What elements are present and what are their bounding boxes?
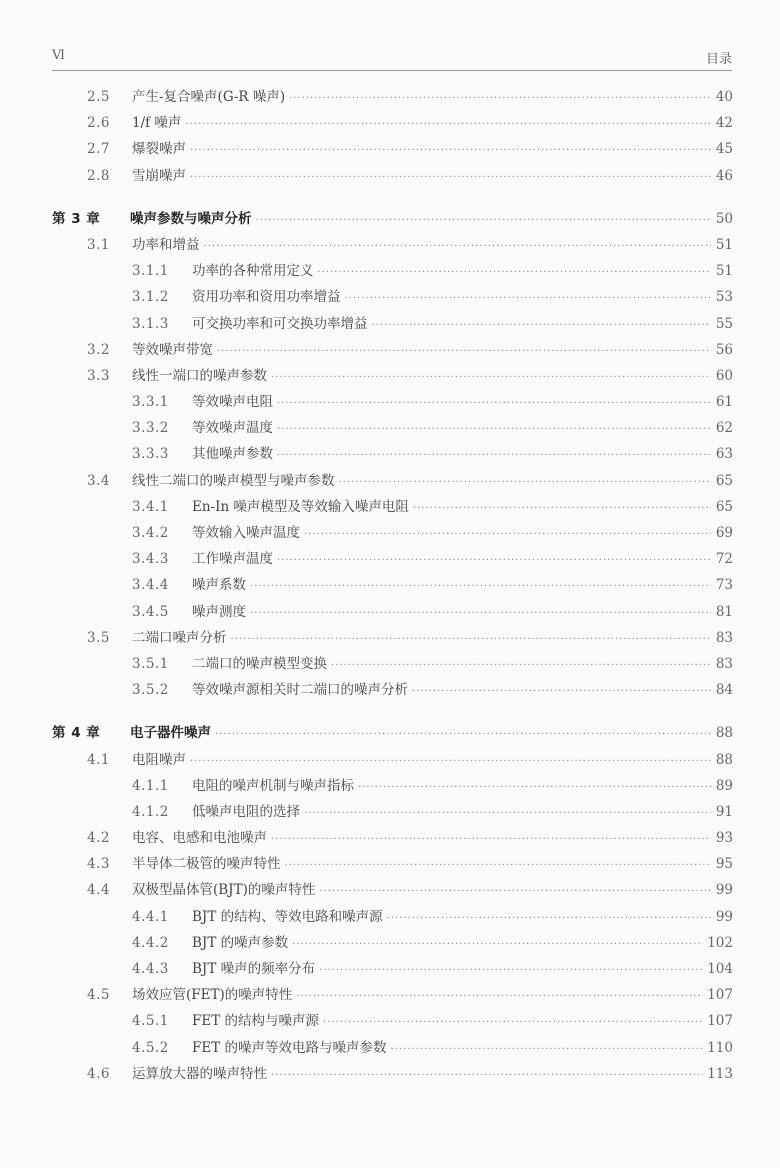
- entry-number: 2.8: [87, 163, 132, 189]
- entry-title: 功率的各种常用定义: [192, 258, 314, 284]
- entry-title: 爆裂噪声: [132, 136, 186, 162]
- entry-title: 等效噪声电阻: [192, 389, 273, 415]
- dot-leader: [285, 853, 712, 879]
- toc-entry[interactable]: 3.4.2等效输入噪声温度69: [52, 520, 733, 546]
- entry-number: 4.4.1: [132, 904, 192, 930]
- dot-leader: [345, 286, 712, 312]
- entry-page: 50: [715, 206, 733, 232]
- toc-entry[interactable]: 2.61/f 噪声42: [52, 110, 733, 136]
- toc-entry[interactable]: 3.1.3可交换功率和可交换功率增益55: [52, 311, 733, 337]
- entry-number: 2.5: [87, 84, 132, 110]
- dot-leader: [296, 984, 703, 1010]
- table-of-contents: 2.5产生-复合噪声(G-R 噪声)40 2.61/f 噪声42 2.7爆裂噪声…: [52, 84, 733, 1087]
- dot-leader: [271, 827, 711, 853]
- entry-title: 等效噪声源相关时二端口的噪声分析: [192, 677, 408, 703]
- entry-title: 1/f 噪声: [132, 110, 181, 136]
- entry-number: 3.1.3: [132, 311, 192, 337]
- dot-leader: [412, 679, 711, 705]
- entry-page: 46: [715, 163, 733, 189]
- entry-title: 功率和增益: [132, 232, 200, 258]
- entry-number: 4.1.2: [132, 799, 192, 825]
- entry-page: 93: [715, 825, 733, 851]
- entry-page: 95: [715, 851, 733, 877]
- entry-number: 3.1: [87, 232, 132, 258]
- entry-page: 61: [715, 389, 733, 415]
- entry-number: 3.3.3: [132, 441, 192, 467]
- chapter-spacer: [52, 703, 733, 720]
- entry-title: 等效输入噪声温度: [192, 520, 300, 546]
- entry-page: 99: [715, 877, 733, 903]
- toc-entry[interactable]: 2.5产生-复合噪声(G-R 噪声)40: [52, 84, 733, 110]
- entry-title: 其他噪声参数: [192, 441, 273, 467]
- dot-leader: [292, 932, 703, 958]
- dot-leader: [319, 879, 711, 905]
- entry-number: 2.7: [87, 136, 132, 162]
- entry-number: 4.4: [87, 877, 132, 903]
- toc-chapter[interactable]: 第 4 章电子器件噪声88: [52, 720, 733, 746]
- toc-entry[interactable]: 4.1.2低噪声电阻的选择91: [52, 799, 733, 825]
- entry-number: 3.1.2: [132, 284, 192, 310]
- toc-entry[interactable]: 3.2等效噪声带宽56: [52, 337, 733, 363]
- dot-leader: [277, 548, 711, 574]
- entry-title: 场效应管(FET)的噪声特性: [132, 982, 292, 1008]
- entry-page: 99: [715, 904, 733, 930]
- dot-leader: [215, 722, 711, 748]
- dot-leader: [413, 496, 711, 522]
- entry-number: 3.4.1: [132, 494, 192, 520]
- dot-leader: [204, 234, 712, 260]
- dot-leader: [277, 417, 711, 443]
- entry-title: 雪崩噪声: [132, 163, 186, 189]
- entry-title: 电阻的噪声机制与噪声指标: [192, 773, 354, 799]
- entry-number: 4.5.2: [132, 1035, 192, 1061]
- toc-entry[interactable]: 3.3.1等效噪声电阻61: [52, 389, 733, 415]
- entry-number: 4.3: [87, 851, 132, 877]
- entry-title: 资用功率和资用功率增益: [192, 284, 341, 310]
- entry-title: 等效噪声带宽: [132, 337, 213, 363]
- entry-page: 107: [707, 1008, 733, 1034]
- toc-entry[interactable]: 2.7爆裂噪声45: [52, 136, 733, 162]
- entry-number: 4.1.1: [132, 773, 192, 799]
- entry-page: 40: [715, 84, 733, 110]
- toc-entry[interactable]: 4.2电容、电感和电池噪声93: [52, 825, 733, 851]
- toc-entry[interactable]: 4.5场效应管(FET)的噪声特性107: [52, 982, 733, 1008]
- toc-entry[interactable]: 3.4.1En-In 噪声模型及等效输入噪声电阻65: [52, 494, 733, 520]
- entry-page: 88: [715, 747, 733, 773]
- entry-title: 等效噪声温度: [192, 415, 273, 441]
- toc-entry[interactable]: 3.3线性一端口的噪声参数60: [52, 363, 733, 389]
- dot-leader: [339, 470, 712, 496]
- entry-page: 63: [715, 441, 733, 467]
- toc-entry[interactable]: 4.4双极型晶体管(BJT)的噪声特性99: [52, 877, 733, 903]
- page-header: Ⅵ 目录: [52, 44, 732, 71]
- entry-number: 3.4: [87, 468, 132, 494]
- entry-page: 69: [715, 520, 733, 546]
- entry-number: 4.5.1: [132, 1008, 192, 1034]
- entry-title: FET 的结构与噪声源: [192, 1008, 319, 1034]
- entry-number: 3.3: [87, 363, 132, 389]
- dot-leader: [304, 522, 711, 548]
- toc-entry[interactable]: 4.5.1FET 的结构与噪声源107: [52, 1008, 733, 1034]
- entry-page: 84: [715, 677, 733, 703]
- toc-entry[interactable]: 4.4.1BJT 的结构、等效电路和噪声源99: [52, 904, 733, 930]
- entry-title: 工作噪声温度: [192, 546, 273, 572]
- entry-title: 双极型晶体管(BJT)的噪声特性: [132, 877, 315, 903]
- dot-leader: [323, 1010, 703, 1036]
- entry-page: 45: [715, 136, 733, 162]
- dot-leader: [190, 749, 711, 775]
- toc-entry[interactable]: 4.1电阻噪声88: [52, 747, 733, 773]
- entry-title: 低噪声电阻的选择: [192, 799, 300, 825]
- entry-number: 4.4.3: [132, 956, 192, 982]
- entry-page: 81: [715, 599, 733, 625]
- dot-leader: [250, 601, 711, 627]
- entry-number: 4.4.2: [132, 930, 192, 956]
- dot-leader: [277, 391, 711, 417]
- toc-entry[interactable]: 3.3.2等效噪声温度62: [52, 415, 733, 441]
- dot-leader: [271, 365, 711, 391]
- entry-title: BJT 的结构、等效电路和噪声源: [192, 904, 383, 930]
- entry-number: 3.5.2: [132, 677, 192, 703]
- dot-leader: [358, 775, 711, 801]
- entry-page: 55: [715, 311, 733, 337]
- dot-leader: [256, 208, 712, 234]
- toc-entry[interactable]: 3.5.2等效噪声源相关时二端口的噪声分析84: [52, 677, 733, 703]
- entry-number: 3.4.2: [132, 520, 192, 546]
- dot-leader: [217, 339, 711, 365]
- toc-entry[interactable]: 3.1.1功率的各种常用定义51: [52, 258, 733, 284]
- entry-title: 电阻噪声: [132, 747, 186, 773]
- toc-chapter[interactable]: 第 3 章噪声参数与噪声分析50: [52, 206, 733, 232]
- entry-number: 4.6: [87, 1061, 132, 1087]
- entry-title: 噪声系数: [192, 572, 246, 598]
- toc-entry[interactable]: 4.3半导体二极管的噪声特性95: [52, 851, 733, 877]
- entry-page: 83: [715, 651, 733, 677]
- entry-title: 可交换功率和可交换功率增益: [192, 311, 368, 337]
- entry-page: 51: [715, 258, 733, 284]
- entry-page: 53: [715, 284, 733, 310]
- entry-page: 89: [715, 773, 733, 799]
- entry-title: BJT 的噪声参数: [192, 930, 288, 956]
- entry-number: 4.1: [87, 747, 132, 773]
- dot-leader: [289, 86, 711, 112]
- entry-number: 3.5: [87, 625, 132, 651]
- entry-number: 3.1.1: [132, 258, 192, 284]
- dot-leader: [190, 138, 711, 164]
- toc-entry[interactable]: 3.4.5噪声测度81: [52, 599, 733, 625]
- toc-entry[interactable]: 3.4.4噪声系数73: [52, 572, 733, 598]
- entry-number: 3.3.2: [132, 415, 192, 441]
- entry-page: 104: [707, 956, 733, 982]
- toc-entry[interactable]: 4.5.2FET 的噪声等效电路与噪声参数110: [52, 1035, 733, 1061]
- dot-leader: [372, 313, 712, 339]
- entry-page: 73: [715, 572, 733, 598]
- entry-page: 88: [715, 720, 733, 746]
- toc-entry[interactable]: 4.4.3BJT 噪声的频率分布104: [52, 956, 733, 982]
- entry-page: 107: [707, 982, 733, 1008]
- chapter-title: 噪声参数与噪声分析: [130, 206, 252, 232]
- entry-page: 51: [715, 232, 733, 258]
- entry-page: 42: [715, 110, 733, 136]
- entry-title: En-In 噪声模型及等效输入噪声电阻: [192, 494, 409, 520]
- toc-entry[interactable]: 3.4.3工作噪声温度72: [52, 546, 733, 572]
- toc-entry[interactable]: 3.5.1二端口的噪声模型变换83: [52, 651, 733, 677]
- entry-number: 3.4.4: [132, 572, 192, 598]
- entry-number: 4.5: [87, 982, 132, 1008]
- entry-title: 半导体二极管的噪声特性: [132, 851, 281, 877]
- dot-leader: [231, 627, 712, 653]
- entry-number: 3.4.5: [132, 599, 192, 625]
- entry-page: 65: [715, 468, 733, 494]
- entry-page: 91: [715, 799, 733, 825]
- entry-title: 电容、电感和电池噪声: [132, 825, 267, 851]
- dot-leader: [318, 260, 712, 286]
- entry-page: 83: [715, 625, 733, 651]
- entry-title: 二端口的噪声模型变换: [192, 651, 327, 677]
- entry-number: 4.2: [87, 825, 132, 851]
- entry-page: 65: [715, 494, 733, 520]
- dot-leader: [250, 574, 711, 600]
- dot-leader: [304, 801, 711, 827]
- entry-title: BJT 噪声的频率分布: [192, 956, 315, 982]
- entry-page: 60: [715, 363, 733, 389]
- dot-leader: [185, 112, 711, 138]
- toc-entry[interactable]: 4.6运算放大器的噪声特性113: [52, 1061, 733, 1087]
- toc-entry[interactable]: 3.1.2资用功率和资用功率增益53: [52, 284, 733, 310]
- toc-entry[interactable]: 3.3.3其他噪声参数63: [52, 441, 733, 467]
- toc-entry[interactable]: 4.1.1电阻的噪声机制与噪声指标89: [52, 773, 733, 799]
- chapter-title: 电子器件噪声: [130, 720, 211, 746]
- toc-entry[interactable]: 4.4.2BJT 的噪声参数102: [52, 930, 733, 956]
- entry-page: 56: [715, 337, 733, 363]
- entry-number: 2.6: [87, 110, 132, 136]
- toc-entry[interactable]: 2.8雪崩噪声46: [52, 163, 733, 189]
- running-title: 目录: [706, 48, 732, 67]
- entry-title: 线性一端口的噪声参数: [132, 363, 267, 389]
- toc-entry[interactable]: 3.4线性二端口的噪声模型与噪声参数65: [52, 468, 733, 494]
- entry-page: 102: [707, 930, 733, 956]
- entry-title: 噪声测度: [192, 599, 246, 625]
- dot-leader: [391, 1037, 704, 1063]
- chapter-number: 第 3 章: [52, 206, 130, 232]
- entry-number: 3.4.3: [132, 546, 192, 572]
- entry-title: 运算放大器的噪声特性: [132, 1061, 267, 1087]
- entry-number: 3.3.1: [132, 389, 192, 415]
- dot-leader: [271, 1063, 703, 1089]
- entry-title: 二端口噪声分析: [132, 625, 227, 651]
- toc-entry[interactable]: 3.1功率和增益51: [52, 232, 733, 258]
- entry-title: 线性二端口的噪声模型与噪声参数: [132, 468, 335, 494]
- entry-number: 3.2: [87, 337, 132, 363]
- chapter-spacer: [52, 189, 733, 206]
- page-number: Ⅵ: [52, 48, 65, 63]
- entry-page: 72: [715, 546, 733, 572]
- dot-leader: [190, 165, 711, 191]
- entry-number: 3.5.1: [132, 651, 192, 677]
- chapter-number: 第 4 章: [52, 720, 130, 746]
- entry-page: 62: [715, 415, 733, 441]
- entry-page: 110: [707, 1035, 733, 1061]
- entry-title: 产生-复合噪声(G-R 噪声): [132, 84, 285, 110]
- entry-title: FET 的噪声等效电路与噪声参数: [192, 1035, 387, 1061]
- dot-leader: [387, 906, 711, 932]
- dot-leader: [319, 958, 703, 984]
- dot-leader: [331, 653, 711, 679]
- toc-entry[interactable]: 3.5二端口噪声分析83: [52, 625, 733, 651]
- entry-page: 113: [707, 1061, 733, 1087]
- dot-leader: [277, 443, 711, 469]
